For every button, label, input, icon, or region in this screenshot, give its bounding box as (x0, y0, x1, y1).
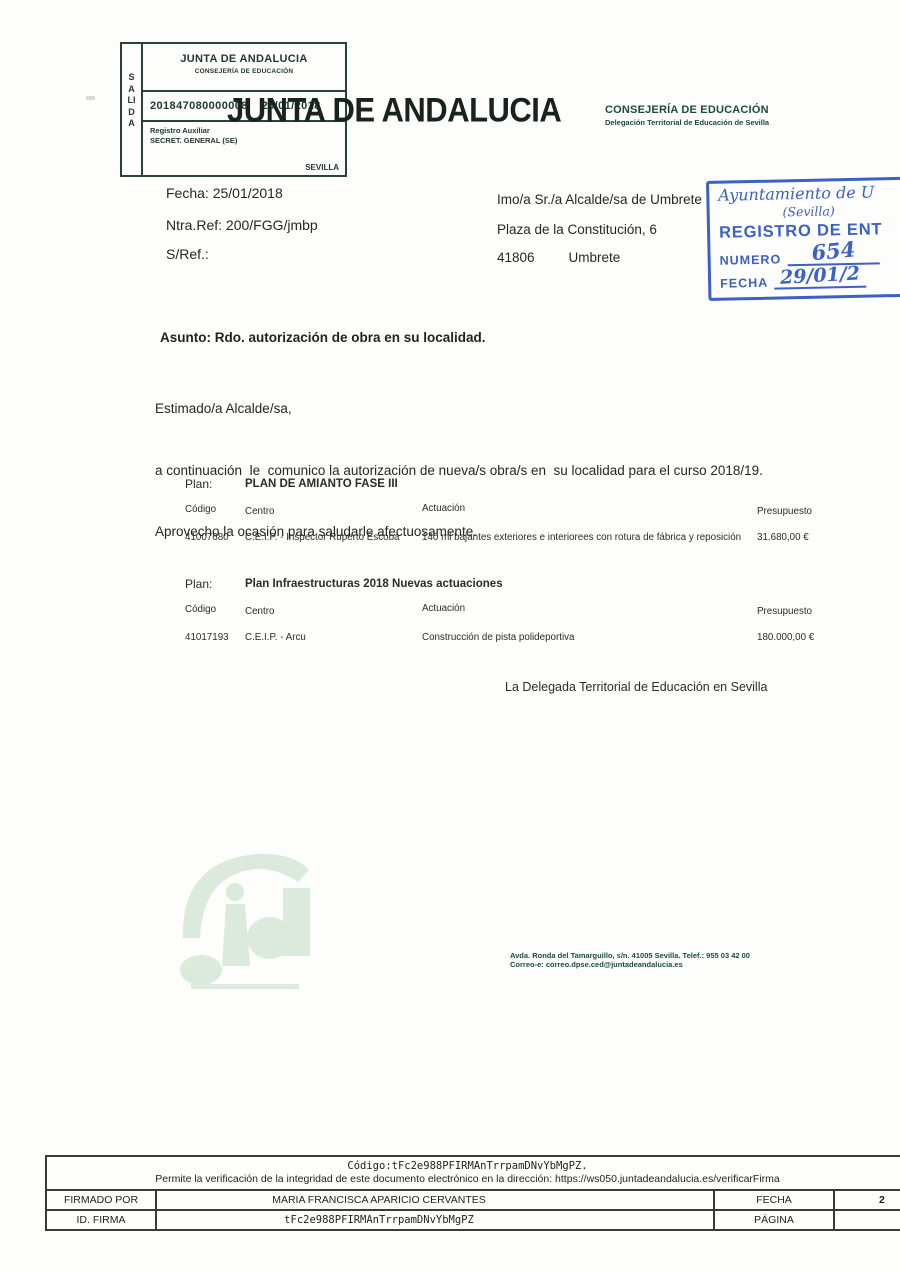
firmado-por-label: FIRMADO POR (47, 1191, 157, 1209)
row-centro: C.E.I.P. - Arcu (245, 632, 306, 643)
id-firma-label: ID. FIRMA (47, 1211, 157, 1229)
row-codigo: 41007680 (185, 532, 229, 543)
fecha-underline: 29/01/2 (774, 267, 866, 290)
row-codigo: 41017193 (185, 632, 229, 643)
salida-stamp-header: JUNTA DE ANDALUCIA CONSEJERÍA DE EDUCACI… (143, 44, 345, 92)
junta-wordmark: JUNTA DE ANDALUCIA (227, 90, 561, 130)
plan-name: PLAN DE AMIANTO FASE III (245, 478, 398, 490)
letterhead-subdept: Delegación Territorial de Educación de S… (605, 118, 769, 127)
subject-line: Asunto: Rdo. autorización de obra en su … (160, 330, 486, 345)
col-header-presupuesto: Presupuesto (757, 506, 812, 517)
salida-vertical-label: SALIDA (122, 44, 143, 175)
footer-address: Avda. Ronda del Tamarguillo, s/n. 41005 … (510, 951, 750, 960)
entry-stamp-fecha-label: FECHA (720, 276, 768, 291)
verification-row-idfirma: ID. FIRMA tFc2e988PFIRMAnTrrpamDNvYbMgPZ… (47, 1209, 900, 1229)
recipient-postal-code: 41806 (497, 250, 535, 265)
body-line-1: Estimado/a Alcalde/sa, (155, 399, 815, 420)
recipient-city: Umbrete (569, 250, 621, 265)
document-page: SALIDA JUNTA DE ANDALUCIA CONSEJERÍA DE … (0, 0, 900, 1273)
entry-stamp-org: Ayuntamiento de U (718, 182, 900, 205)
row-centro: C.E.I.P. - Inspector Ruperto Escoba (245, 532, 399, 543)
entry-stamp-fecha-line: FECHA 29/01/2 (720, 266, 900, 291)
verification-url-line: Permite la verificación de la integridad… (57, 1173, 878, 1186)
entry-stamp-registro: REGISTRO DE ENT (719, 220, 900, 243)
row-actuacion: 140 ml bajantes exteriores e interiorees… (422, 532, 741, 543)
verification-codigo: Código:tFc2e988PFIRMAnTrrpamDNvYbMgPZ. (57, 1160, 878, 1173)
plan-table-infraestructuras: Plan: Plan Infraestructuras 2018 Nuevas … (185, 577, 860, 652)
junta-coat-of-arms-watermark (163, 840, 338, 1005)
salida-city: SEVILLA (305, 163, 339, 173)
signature-title: La Delegada Territorial de Educación en … (505, 680, 767, 694)
scan-artifact (86, 96, 95, 100)
verification-row-firmado: FIRMADO POR MARIA FRANCISCA APARICIO CER… (47, 1191, 900, 1209)
entry-stamp-fecha-value: 29/01/2 (780, 265, 861, 286)
reference-block: Fecha: 25/01/2018 Ntra.Ref: 200/FGG/jmbp… (166, 185, 318, 262)
col-header-presupuesto: Presupuesto (757, 606, 812, 617)
col-header-centro: Centro (245, 506, 274, 517)
ref-fecha: Fecha: 25/01/2018 (166, 185, 318, 201)
firmado-por-value: MARIA FRANCISCA APARICIO CERVANTES (157, 1191, 715, 1209)
ref-ntra: Ntra.Ref: 200/FGG/jmbp (166, 217, 318, 233)
id-firma-value: tFc2e988PFIRMAnTrrpamDNvYbMgPZ (157, 1211, 715, 1229)
numero-underline: 654 (787, 241, 879, 266)
ref-sref: S/Ref.: (166, 246, 318, 262)
verification-table: Código:tFc2e988PFIRMAnTrrpamDNvYbMgPZ. P… (45, 1155, 900, 1231)
letterhead-right: CONSEJERÍA DE EDUCACIÓN Delegación Terri… (605, 104, 769, 127)
fecha-label: FECHA (715, 1191, 835, 1209)
plan-label: Plan: (185, 577, 212, 591)
footer-contact: Avda. Ronda del Tamarguillo, s/n. 41005 … (510, 951, 750, 969)
salida-office-line2: SECRET. GENERAL (SE) (150, 136, 345, 146)
col-header-actuacion: Actuación (422, 603, 465, 614)
row-actuacion: Construcción de pista polideportiva (422, 632, 574, 643)
recipient-city-line: 41806Umbrete (497, 250, 702, 265)
row-presupuesto: 180.000,00 € (757, 632, 814, 643)
col-header-codigo: Código (185, 504, 216, 515)
entry-stamp-numero-label: NUMERO (720, 252, 782, 267)
row-presupuesto: 31.680,00 € (757, 532, 809, 543)
entry-registry-stamp: Ayuntamiento de U (Sevilla) REGISTRO DE … (706, 176, 900, 300)
col-header-actuacion: Actuación (422, 503, 465, 514)
salida-dept: CONSEJERÍA DE EDUCACIÓN (143, 68, 345, 75)
recipient-street: Plaza de la Constitución, 6 (497, 222, 702, 237)
entry-stamp-numero-line: NUMERO 654 (719, 241, 900, 268)
salida-org: JUNTA DE ANDALUCIA (143, 53, 345, 65)
col-header-codigo: Código (185, 604, 216, 615)
entry-stamp-province: (Sevilla) (719, 202, 899, 221)
entry-stamp-numero-value: 654 (810, 240, 855, 262)
fecha-value: 2 (835, 1191, 900, 1209)
letterhead-dept: CONSEJERÍA DE EDUCACIÓN (605, 104, 769, 116)
footer-email: Correo-e: correo.dpse.ced@juntadeandaluc… (510, 960, 750, 969)
plan-label: Plan: (185, 477, 212, 491)
col-header-centro: Centro (245, 606, 274, 617)
plan-table-amianto: Plan: PLAN DE AMIANTO FASE III Código Ce… (185, 477, 860, 552)
recipient-name: Imo/a Sr./a Alcalde/sa de Umbrete (497, 192, 702, 207)
recipient-block: Imo/a Sr./a Alcalde/sa de Umbrete Plaza … (497, 192, 702, 265)
pagina-value (835, 1211, 900, 1229)
verification-header: Código:tFc2e988PFIRMAnTrrpamDNvYbMgPZ. P… (47, 1157, 900, 1191)
plan-name: Plan Infraestructuras 2018 Nuevas actuac… (245, 578, 503, 590)
pagina-label: PÁGINA (715, 1211, 835, 1229)
